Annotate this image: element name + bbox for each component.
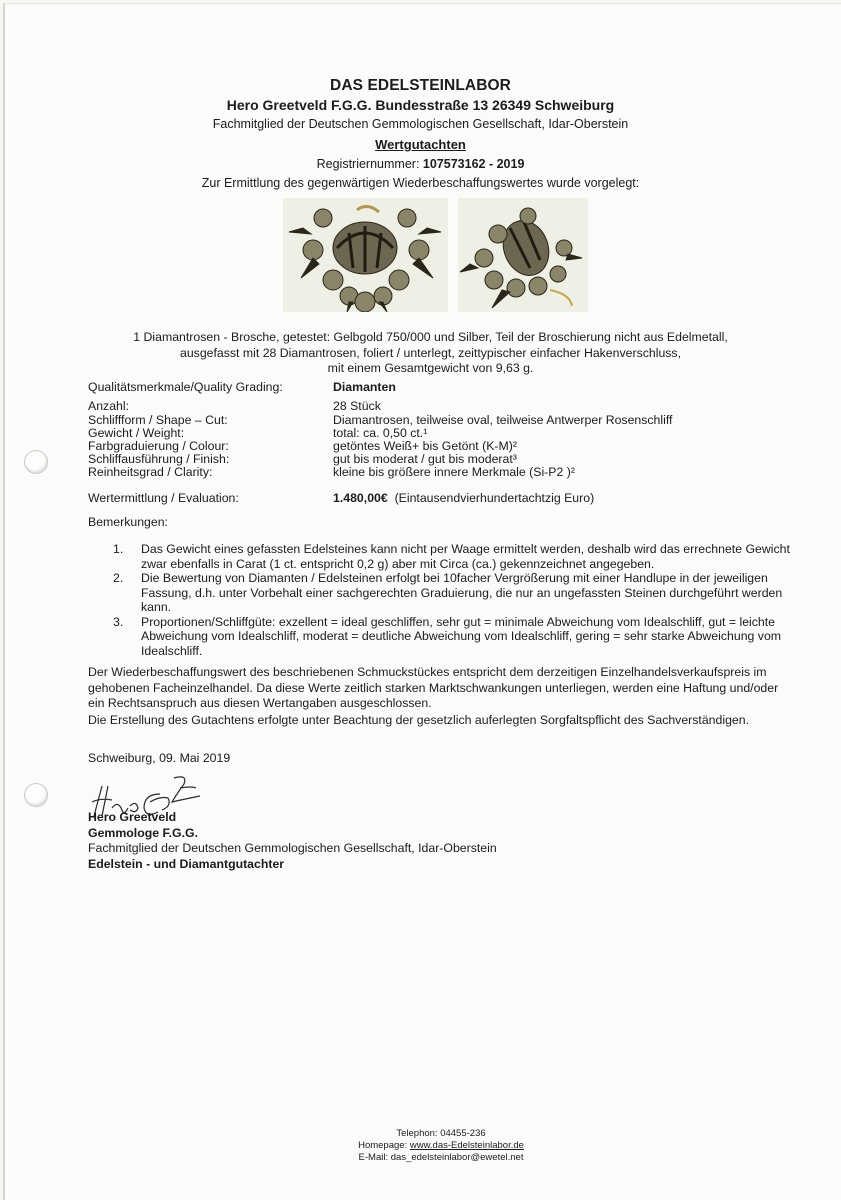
signer-role: Edelstein - und Diamantgutachter: [88, 857, 497, 873]
care-statement: Die Erstellung des Gutachtens erfolgte u…: [88, 713, 788, 729]
grading-heading-label: Qualitätsmerkmale/Quality Grading:: [88, 380, 283, 394]
grading-value: getöntes Weiß+ bis Getönt (K-M)²: [333, 439, 517, 453]
grading-value: Diamantrosen, teilweise oval, teilweise …: [333, 413, 672, 427]
footer-phone: Telephon: 04455-236: [0, 1128, 841, 1140]
homepage-label: Homepage:: [358, 1140, 407, 1151]
description-line: 1 Diamantrosen - Brosche, getestet: Gelb…: [0, 330, 841, 346]
footer-email: E-Mail: das_edelsteinlabor@ewetel.net: [0, 1152, 841, 1164]
grading-value: gut bis moderat / gut bis moderat³: [333, 452, 517, 466]
evaluation-words: (Eintausendvierhundertachtzig Euro): [395, 491, 595, 505]
remark-item: 3. Proportionen/Schliffgüte: exzellent =…: [113, 615, 803, 659]
phone-number: 04455-236: [440, 1128, 485, 1139]
grading-label: Schliffausführung / Finish:: [88, 452, 229, 466]
homepage-link[interactable]: www.das-Edelsteinlabor.de: [410, 1140, 524, 1151]
place-date: Schweiburg, 09. Mai 2019: [88, 751, 788, 767]
signer-title: Gemmologe F.G.G.: [88, 826, 497, 842]
grading-label: Anzahl:: [88, 399, 129, 413]
signer-name: Hero Greetveld: [88, 810, 497, 826]
grading-value: total: ca. 0,50 ct.¹: [333, 426, 427, 440]
email-label: E-Mail:: [359, 1152, 389, 1163]
evaluation-label: Wertermittlung / Evaluation:: [88, 491, 239, 505]
grading-label: Schliffform / Shape – Cut:: [88, 413, 228, 427]
remark-number: 3.: [113, 615, 123, 630]
footer-homepage: Homepage: www.das-Edelsteinlabor.de: [0, 1140, 841, 1152]
signer-block: Hero Greetveld Gemmologe F.G.G. Fachmitg…: [88, 810, 497, 872]
brooch-photo-angled: [458, 198, 588, 312]
evaluation-amount: 1.480,00€: [333, 491, 388, 505]
grading-heading-value: Diamanten: [333, 380, 396, 394]
punch-hole: [24, 450, 48, 474]
grading-label: Gewicht / Weight:: [88, 426, 184, 440]
remarks-list: 1. Das Gewicht eines gefassten Edelstein…: [113, 542, 803, 658]
remark-item: 2. Die Bewertung von Diamanten / Edelste…: [113, 571, 803, 615]
phone-label: Telephon:: [396, 1128, 437, 1139]
remark-text: Proportionen/Schliffgüte: exzellent = id…: [141, 615, 781, 658]
registration-number: 107573162 - 2019: [423, 157, 524, 171]
punch-hole: [24, 783, 48, 807]
intro-text: Zur Ermittlung des gegenwärtigen Wiederb…: [0, 176, 841, 190]
remark-text: Das Gewicht eines gefassten Edelsteines …: [141, 542, 790, 571]
lab-address: Hero Greetveld F.G.G. Bundesstraße 13 26…: [0, 97, 841, 113]
value-statement: Der Wiederbeschaffungswert des beschrieb…: [88, 665, 788, 712]
signer-membership: Fachmitglied der Deutschen Gemmologische…: [88, 841, 497, 857]
lab-name: DAS EDELSTEINLABOR: [0, 77, 841, 95]
document-title: Wertgutachten: [0, 137, 841, 152]
remark-number: 2.: [113, 571, 123, 586]
grading-label: Farbgraduierung / Colour:: [88, 439, 229, 453]
grading-value: 28 Stück: [333, 399, 381, 413]
registration-label: Registriernummer:: [317, 157, 420, 171]
description-line: mit einem Gesamtgewicht von 9,63 g.: [0, 361, 841, 377]
remark-text: Die Bewertung von Diamanten / Edelsteine…: [141, 571, 782, 614]
remark-number: 1.: [113, 542, 123, 557]
grading-label: Reinheitsgrad / Clarity:: [88, 465, 212, 479]
remarks-title: Bemerkungen:: [88, 515, 168, 529]
lab-membership: Fachmitglied der Deutschen Gemmologische…: [0, 117, 841, 131]
footer-contact: Telephon: 04455-236 Homepage: www.das-Ed…: [0, 1128, 841, 1164]
description-line: ausgefasst mit 28 Diamantrosen, foliert …: [0, 346, 841, 362]
registration-line: Registriernummer: 107573162 - 2019: [0, 157, 841, 171]
remark-item: 1. Das Gewicht eines gefassten Edelstein…: [113, 542, 803, 571]
evaluation-value: 1.480,00€ (Eintausendvierhundertachtzig …: [333, 491, 594, 505]
email-address: das_edelsteinlabor@ewetel.net: [391, 1152, 524, 1163]
item-description: 1 Diamantrosen - Brosche, getestet: Gelb…: [0, 330, 841, 377]
brooch-photo-front: [283, 198, 448, 312]
grading-value: kleine bis größere innere Merkmale (Si-P…: [333, 465, 575, 479]
